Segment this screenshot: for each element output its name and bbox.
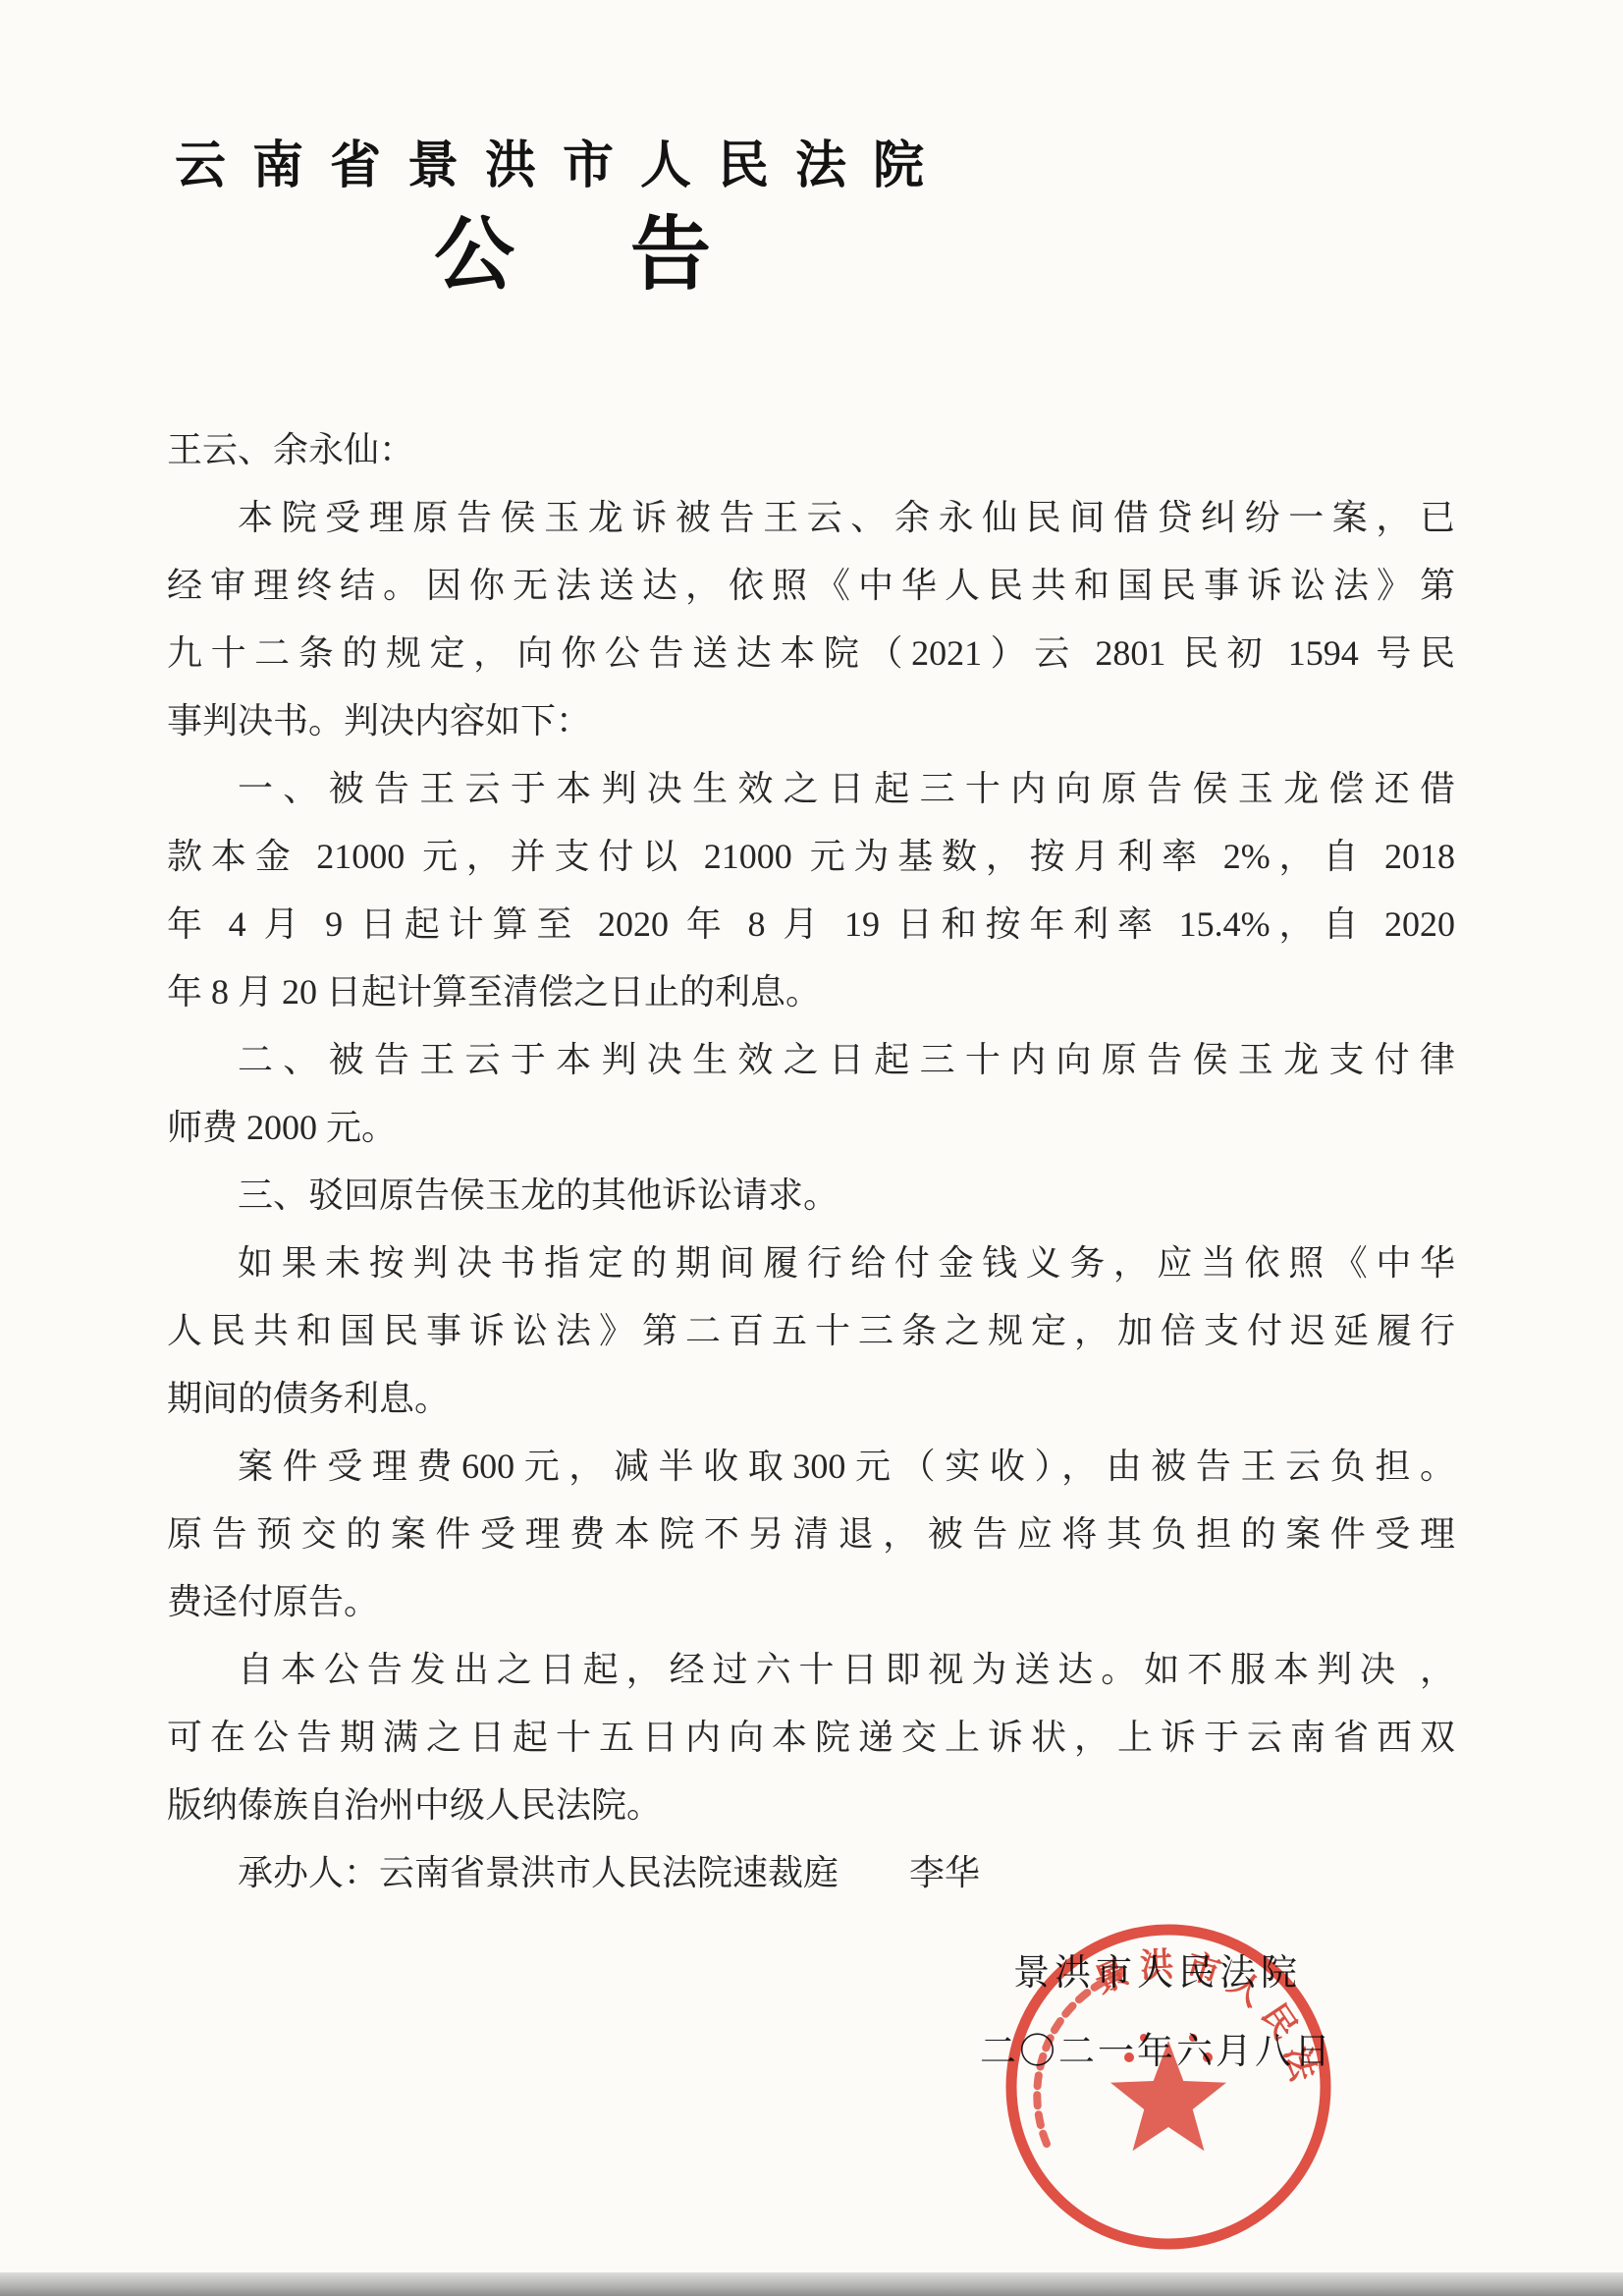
body-line: 年 8 月 20 日起计算至清偿之日止的利息。 bbox=[167, 958, 1455, 1026]
signature-date: 二〇二一年六月八日 bbox=[980, 2021, 1333, 2074]
body-line: 款本金 21000 元，并支付以 21000 元为基数，按月利率 2%，自 20… bbox=[167, 823, 1455, 891]
body-line: 事判决书。判决内容如下： bbox=[167, 687, 1455, 755]
body-line: 师费 2000 元。 bbox=[167, 1094, 1455, 1162]
body-line: 年 4 月 9 日起计算至 2020 年 8 月 19 日和按年利率 15.4%… bbox=[167, 891, 1455, 958]
salutation: 王云、余永仙： bbox=[167, 416, 1455, 484]
body-line: 经审理终结。因你无法送达，依照《中华人民共和国民事诉讼法》第 bbox=[167, 552, 1455, 620]
handler-line: 承办人：云南省景洪市人民法院速裁庭 李华 bbox=[167, 1839, 1455, 1907]
signature-court-name: 景洪市人民法院 bbox=[1013, 1942, 1302, 1995]
announcement-body: 王云、余永仙： 本院受理原告侯玉龙诉被告王云、余永仙民间借贷纠纷一案，已 经审理… bbox=[167, 416, 1455, 1907]
body-line: 案件受理费600元，减半收取300元（实收），由被告王云负担。 bbox=[167, 1433, 1455, 1501]
body-line: 自本公告发出之日起，经过六十日即视为送达。如不服本判决 ， bbox=[167, 1636, 1455, 1704]
body-line: 版纳傣族自治州中级人民法院。 bbox=[167, 1772, 1455, 1839]
court-title: 云南省景洪市人民法院 bbox=[175, 124, 950, 197]
body-line: 本院受理原告侯玉龙诉被告王云、余永仙民间借贷纠纷一案，已 bbox=[167, 484, 1455, 552]
body-line: 九十二条的规定，向你公告送达本院（2021）云 2801 民初 1594 号民 bbox=[167, 620, 1455, 687]
body-line: 原告预交的案件受理费本院不另清退，被告应将其负担的案件受理 bbox=[167, 1501, 1455, 1568]
body-line: 期间的债务利息。 bbox=[167, 1365, 1455, 1433]
body-line: 一、被告王云于本判决生效之日起三十内向原告侯玉龙偿还借 bbox=[167, 755, 1455, 823]
body-line: 可在公告期满之日起十五日内向本院递交上诉状，上诉于云南省西双 bbox=[167, 1704, 1455, 1772]
body-line: 二、被告王云于本判决生效之日起三十内向原告侯玉龙支付律 bbox=[167, 1026, 1455, 1094]
page-title: 公告 bbox=[434, 191, 827, 305]
announcement-page: 云南省景洪市人民法院 公告 王云、余永仙： 本院受理原告侯玉龙诉被告王云、余永仙… bbox=[0, 0, 1623, 2296]
body-line: 费迳付原告。 bbox=[167, 1568, 1455, 1636]
scan-edge-artifact bbox=[0, 2272, 1623, 2296]
body-line: 如果未按判决书指定的期间履行给付金钱义务，应当依照《中华 bbox=[167, 1230, 1455, 1297]
body-line: 三、驳回原告侯玉龙的其他诉讼请求。 bbox=[167, 1162, 1455, 1230]
body-line: 人民共和国民事诉讼法》第二百五十三条之规定，加倍支付迟延履行 bbox=[167, 1297, 1455, 1365]
